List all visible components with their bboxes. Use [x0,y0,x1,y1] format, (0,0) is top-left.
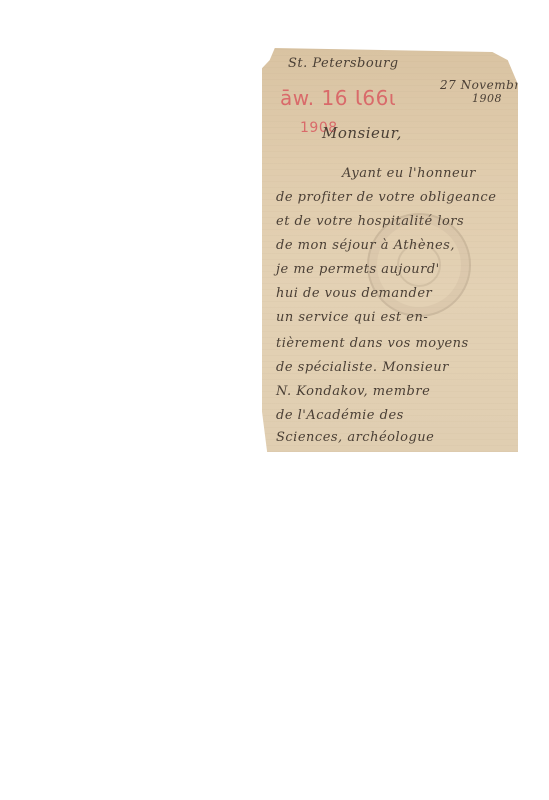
body-line: de profiter de votre obligeance [276,190,496,205]
body-line: N. Kondakov, membre [276,384,430,399]
body-line: Ayant eu l'honneur [342,166,476,181]
body-line: tièrement dans vos moyens [276,336,469,351]
body-line: et de votre hospitalité lors [276,214,464,229]
body-line: je me permets aujourd' [276,262,440,277]
letter-place: St. Petersbourg [288,56,399,71]
body-line: hui de vous demander [276,286,432,301]
red-archive-number: āw. 16 Ɩ66ɩ [280,86,396,110]
salutation: Monsieur, [322,124,402,142]
body-line: de spécialiste. Monsieur [276,360,449,375]
body-line: de l'Académie des [276,408,404,423]
letter-date-year: 1908 [472,92,502,105]
letter-date-day: 27 Novembre [440,78,518,92]
body-line: un service qui est en- [276,310,428,325]
letter-page: St. Petersbourg 27 Novembre 1908 āw. 16 … [262,48,518,452]
body-line: de mon séjour à Athènes, [276,238,455,253]
body-line: Sciences, archéologue [276,430,434,445]
